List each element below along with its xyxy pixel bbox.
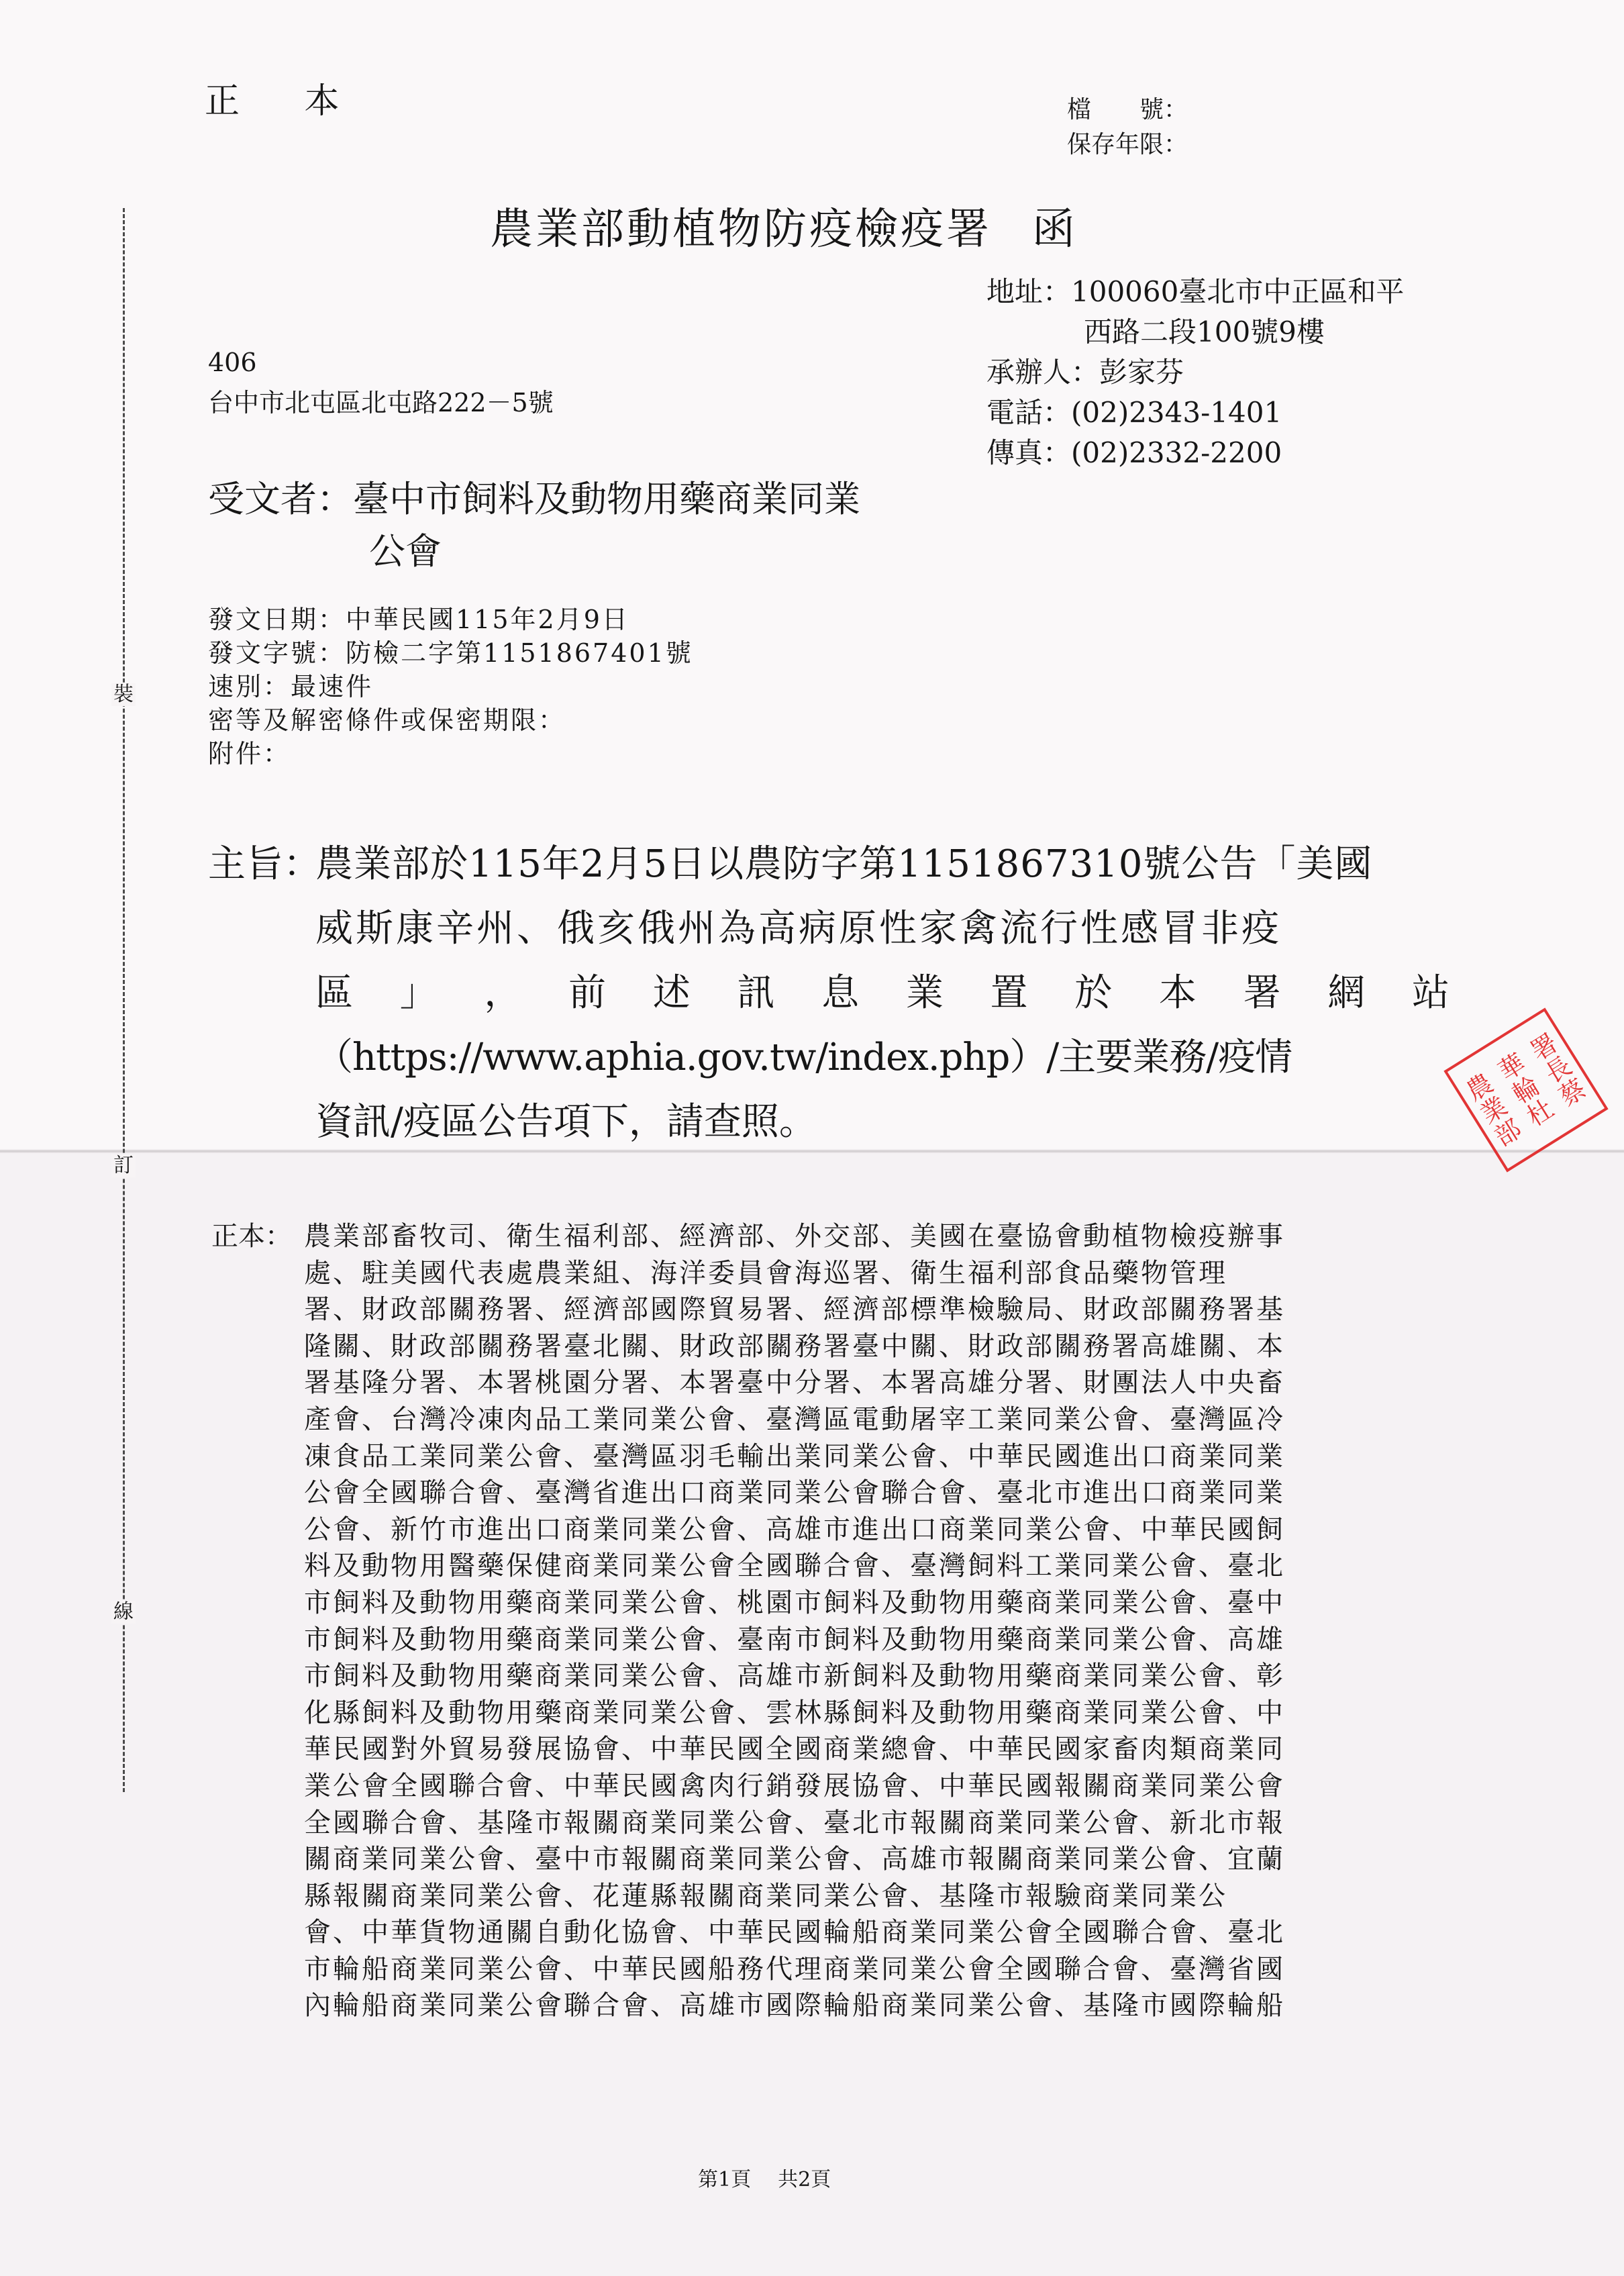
subject-char: 站 <box>1412 961 1450 1026</box>
file-number-label: 檔 號： <box>1067 93 1188 128</box>
distribution-line: 會、中華貨物通關自動化協會、中華民國輪船商業同業公會全國聯合會、臺北 <box>304 1914 1445 1951</box>
recipient: 受文者：臺中市飼料及動物用藥商業同業 公會 <box>208 473 860 578</box>
subject-line: 資訊/疫區公告項下，請查照。 <box>315 1090 1450 1154</box>
distribution-line: 市飼料及動物用藥商業同業公會、高雄市新飼料及動物用藥商業同業公會、彰 <box>304 1658 1445 1695</box>
distribution-line: 關商業同業公會、臺中市報關商業同業公會、高雄市報關商業同業公會、宜蘭 <box>304 1841 1445 1878</box>
binding-dashed-line <box>123 208 125 1792</box>
distribution-line: 農業部畜牧司、衛生福利部、經濟部、外交部、美國在臺協會動植物檢疫辦事 <box>304 1218 1445 1255</box>
postal-code: 406 <box>208 342 554 383</box>
subject-char: 前 <box>568 961 606 1026</box>
distribution-line: 化縣飼料及動物用藥商業同業公會、雲林縣飼料及動物用藥商業同業公會、中 <box>304 1695 1445 1732</box>
subject-char: 述 <box>653 961 691 1026</box>
distribution-line: 華民國對外貿易發展協會、中華民國全國商業總會、中華民國家畜肉類商業同 <box>304 1731 1445 1768</box>
distribution-line: 公會全國聯合會、臺灣省進出口商業同業公會聯合會、臺北市進出口商業同業 <box>304 1475 1445 1512</box>
distribution-label: 正本： <box>211 1218 292 1255</box>
subject-char: 訊 <box>737 961 774 1026</box>
binding-mark-staple: 訂 <box>111 1154 136 1177</box>
subject-line: （https://www.aphia.gov.tw/index.php）/主要業… <box>315 1026 1450 1090</box>
sender-phone: 電話：(02)2343-1401 <box>986 393 1404 433</box>
subject-line: 農業部於115年2月5日以農防字第1151867310號公告「美國 <box>315 832 1450 897</box>
subject-char: 息 <box>821 961 859 1026</box>
recipient-address: 406 台中市北屯區北屯路222－5號 <box>208 342 554 423</box>
document-meta: 發文日期：中華民國115年2月9日 發文字號：防檢二字第1151867401號 … <box>208 603 693 771</box>
distribution-line: 料及動物用醫藥保健商業同業公會全國聯合會、臺灣飼料工業同業公會、臺北 <box>304 1548 1445 1585</box>
doc-type: 函 <box>1032 205 1078 254</box>
distribution-line: 產會、台灣冷凍肉品工業同業公會、臺灣區電動屠宰工業同業公會、臺灣區冷 <box>304 1401 1445 1438</box>
recipient-line1: 受文者：臺中市飼料及動物用藥商業同業 <box>208 473 860 526</box>
sender-address-line2: 西路二段100號9樓 <box>986 312 1404 352</box>
distribution-line: 市輪船商業同業公會、中華民國船務代理商業同業公會全國聯合會、臺灣省國 <box>304 1951 1445 1988</box>
subject-char: 本 <box>1159 961 1197 1026</box>
distribution-line: 處、駐美國代表處農業組、海洋委員會海巡署、衛生福利部食品藥物管理 <box>304 1255 1445 1292</box>
distribution-line: 署基隆分署、本署桃園分署、本署臺中分署、本署高雄分署、財團法人中央畜 <box>304 1365 1445 1401</box>
subject-char: 置 <box>991 961 1028 1026</box>
subject-char: 於 <box>1074 961 1112 1026</box>
document-title: 農業部動植物防疫檢疫署函 <box>490 195 1078 256</box>
subject-char: 署 <box>1244 961 1281 1026</box>
classification: 密等及解密條件或保密期限： <box>208 703 693 737</box>
subject-body: 農業部於115年2月5日以農防字第1151867310號公告「美國 威斯康辛州、… <box>315 832 1450 1154</box>
subject-char: ， <box>484 961 521 1026</box>
issue-date: 發文日期：中華民國115年2月9日 <box>208 603 693 636</box>
copy-mark: 正 本 <box>205 72 366 123</box>
subject-char: 」 <box>400 961 438 1026</box>
distribution-line: 市飼料及動物用藥商業同業公會、桃園市飼料及動物用藥商業同業公會、臺中 <box>304 1585 1445 1622</box>
sender-address-line1: 地址：100060臺北市中正區和平 <box>986 272 1404 312</box>
distribution-line: 內輪船商業同業公會聯合會、高雄市國際輪船商業同業公會、基隆市國際輪船 <box>304 1987 1445 2024</box>
subject-line-justified: 區 」 ， 前 述 訊 息 業 置 於 本 署 網 站 <box>315 961 1450 1026</box>
distribution-line: 縣報關商業同業公會、花蓮縣報關商業同業公會、基隆市報驗商業同業公 <box>304 1878 1445 1915</box>
subject-char: 網 <box>1327 961 1365 1026</box>
sender-info: 地址：100060臺北市中正區和平 西路二段100號9樓 承辦人：彭家芬 電話：… <box>986 272 1404 473</box>
recipient-line2: 公會 <box>208 526 860 578</box>
agency-name: 農業部動植物防疫檢疫署 <box>490 205 992 254</box>
priority: 速別：最速件 <box>208 670 693 703</box>
distribution-lines: 農業部畜牧司、衛生福利部、經濟部、外交部、美國在臺協會動植物檢疫辦事處、駐美國代… <box>304 1218 1445 2024</box>
sender-fax: 傳真：(02)2332-2200 <box>986 433 1404 473</box>
page-number: 第1頁 <box>698 2168 751 2191</box>
page-total: 共2頁 <box>778 2168 831 2191</box>
distribution-line: 公會、新竹市進出口商業同業公會、高雄市進出口商業同業公會、中華民國飼 <box>304 1512 1445 1548</box>
subject-label: 主旨： <box>208 832 321 897</box>
distribution-line: 凍食品工業同業公會、臺灣區羽毛輸出業同業公會、中華民國進出口商業同業 <box>304 1438 1445 1475</box>
subject-char: 區 <box>315 961 353 1026</box>
distribution-line: 署、財政部關務署、經濟部國際貿易署、經濟部標準檢驗局、財政部關務署基 <box>304 1291 1445 1328</box>
subject-line: 威斯康辛州、俄亥俄州為高病原性家禽流行性感冒非疫 <box>315 897 1450 961</box>
file-meta: 檔 號： 保存年限： <box>1067 93 1188 162</box>
distribution-line: 業公會全國聯合會、中華民國禽肉行銷發展協會、中華民國報關商業同業公會 <box>304 1768 1445 1805</box>
doc-number: 發文字號：防檢二字第1151867401號 <box>208 636 693 670</box>
subject-char: 業 <box>906 961 944 1026</box>
sender-contact: 承辦人：彭家芬 <box>986 352 1404 393</box>
retention-label: 保存年限： <box>1067 128 1188 162</box>
page-footer: 第1頁共2頁 <box>698 2163 831 2192</box>
binding-mark-line: 線 <box>111 1601 136 1624</box>
binding-mark-bind: 裝 <box>111 683 136 706</box>
attachments: 附件： <box>208 737 693 771</box>
distribution-line: 全國聯合會、基隆市報關商業同業公會、臺北市報關商業同業公會、新北市報 <box>304 1805 1445 1842</box>
distribution-line: 隆關、財政部關務署臺北關、財政部關務署臺中關、財政部關務署高雄關、本 <box>304 1328 1445 1365</box>
street-address: 台中市北屯區北屯路222－5號 <box>208 383 554 423</box>
distribution-line: 市飼料及動物用藥商業同業公會、臺南市飼料及動物用藥商業同業公會、高雄 <box>304 1622 1445 1659</box>
